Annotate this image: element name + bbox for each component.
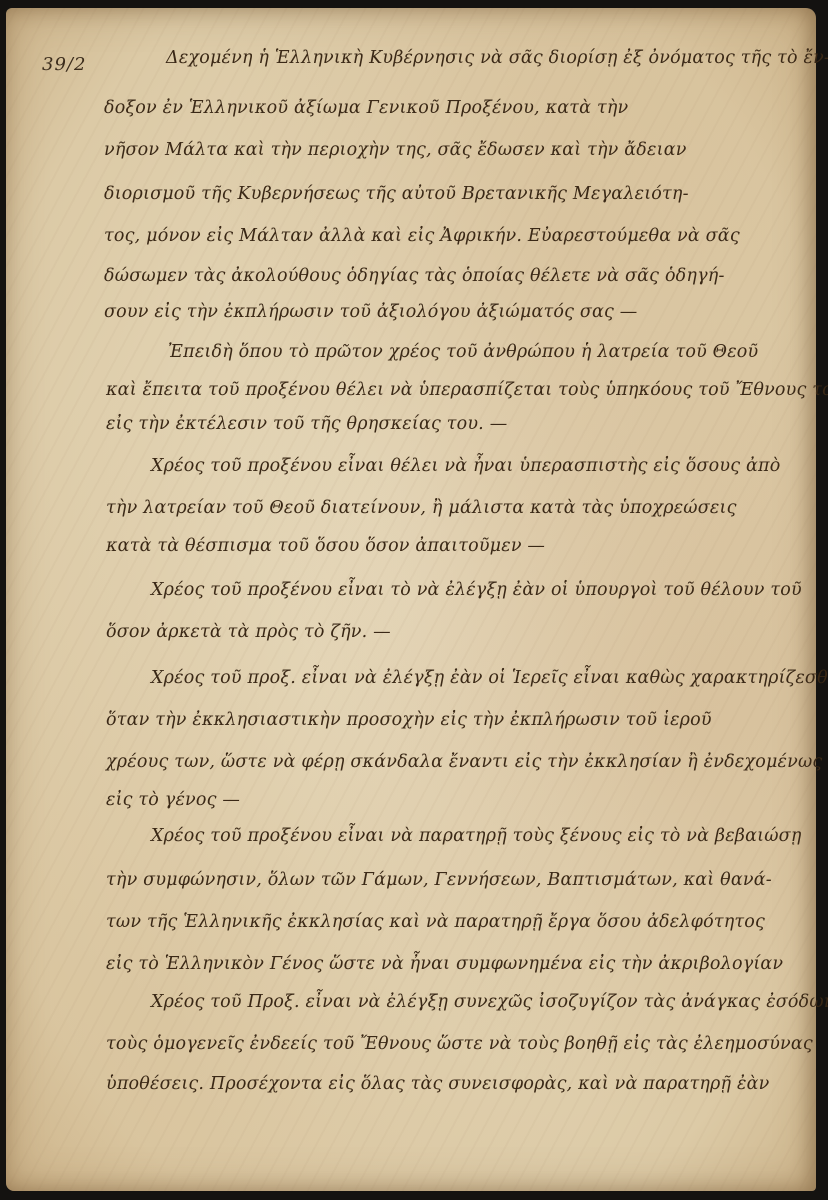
text-line: εἰς τὴν ἐκτέλεσιν τοῦ τῆς θρησκείας του.… [106,414,507,434]
text-line: εἰς τὸ Ἑλληνικὸν Γένος ὥστε νὰ ἦναι συμφ… [106,954,783,974]
text-line: τοὺς ὁμογενεῖς ἐνδεείς τοῦ Ἔθνους ὥστε ν… [106,1034,813,1054]
text-line: καὶ ἔπειτα τοῦ προξένου θέλει νὰ ὑπερασπ… [106,380,828,400]
text-line: δοξον ἐν Ἑλληνικοῦ ἀξίωμα Γενικοῦ Προξέν… [104,98,628,118]
text-line: τος, μόνον εἰς Μάλταν ἀλλὰ καὶ εἰς Ἀφρικ… [104,226,740,246]
text-line: ὅσον ἀρκετὰ τὰ πρὸς τὸ ζῆν. — [106,622,391,642]
text-line: Χρέος τοῦ Προξ. εἶναι νὰ ἐλέγξῃ συνεχῶς … [151,992,828,1012]
text-line: χρέους των, ὥστε νὰ φέρῃ σκάνδαλα ἔναντι… [106,752,822,772]
text-line: Χρέος τοῦ προξ. εἶναι νὰ ἐλέγξῃ ἐὰν οἱ Ἱ… [151,668,828,688]
text-line: τὴν συμφώνησιν, ὅλων τῶν Γάμων, Γεννήσεω… [106,870,772,890]
text-line: Χρέος τοῦ προξένου εἶναι θέλει νὰ ἦναι ὑ… [151,456,780,476]
manuscript-page: 39/2 Δεχομένη ἡ Ἑλληνικὴ Κυβέρνησις νὰ σ… [6,8,816,1191]
text-line: εἰς τὸ γένος — [106,790,240,810]
folio-number: 39/2 [42,54,86,75]
text-line: Ἐπειδὴ ὅπου τὸ πρῶτον χρέος τοῦ ἀνθρώπου… [168,342,758,362]
text-line: ὅταν τὴν ἐκκλησιαστικὴν προσοχὴν εἰς τὴν… [106,710,712,730]
text-line: τὴν λατρείαν τοῦ Θεοῦ διατείνουν, ἢ μάλι… [106,498,737,518]
text-line: σουν εἰς τὴν ἐκπλήρωσιν τοῦ ἀξιολόγου ἀξ… [104,302,638,322]
text-line: των τῆς Ἑλληνικῆς ἐκκλησίας καὶ νὰ παρατ… [106,912,765,932]
text-line: κατὰ τὰ θέσπισμα τοῦ ὅσου ὅσον ἀπαιτοῦμε… [106,536,545,556]
text-line: δώσωμεν τὰς ἀκολούθους ὁδηγίας τὰς ὁποία… [104,266,725,286]
text-line: Χρέος τοῦ προξένου εἶναι νὰ παρατηρῇ τοὺ… [151,826,802,846]
text-line: διορισμοῦ τῆς Κυβερνήσεως τῆς αὐτοῦ Βρετ… [104,184,689,204]
text-line: Δεχομένη ἡ Ἑλληνικὴ Κυβέρνησις νὰ σᾶς δι… [166,48,828,68]
text-line: ὑποθέσεις. Προσέχοντα εἰς ὅλας τὰς συνει… [106,1074,769,1094]
text-line: νῆσον Μάλτα καὶ τὴν περιοχὴν της, σᾶς ἔδ… [104,140,687,160]
text-line: Χρέος τοῦ προξένου εἶναι τὸ νὰ ἐλέγξῃ ἐὰ… [151,580,802,600]
